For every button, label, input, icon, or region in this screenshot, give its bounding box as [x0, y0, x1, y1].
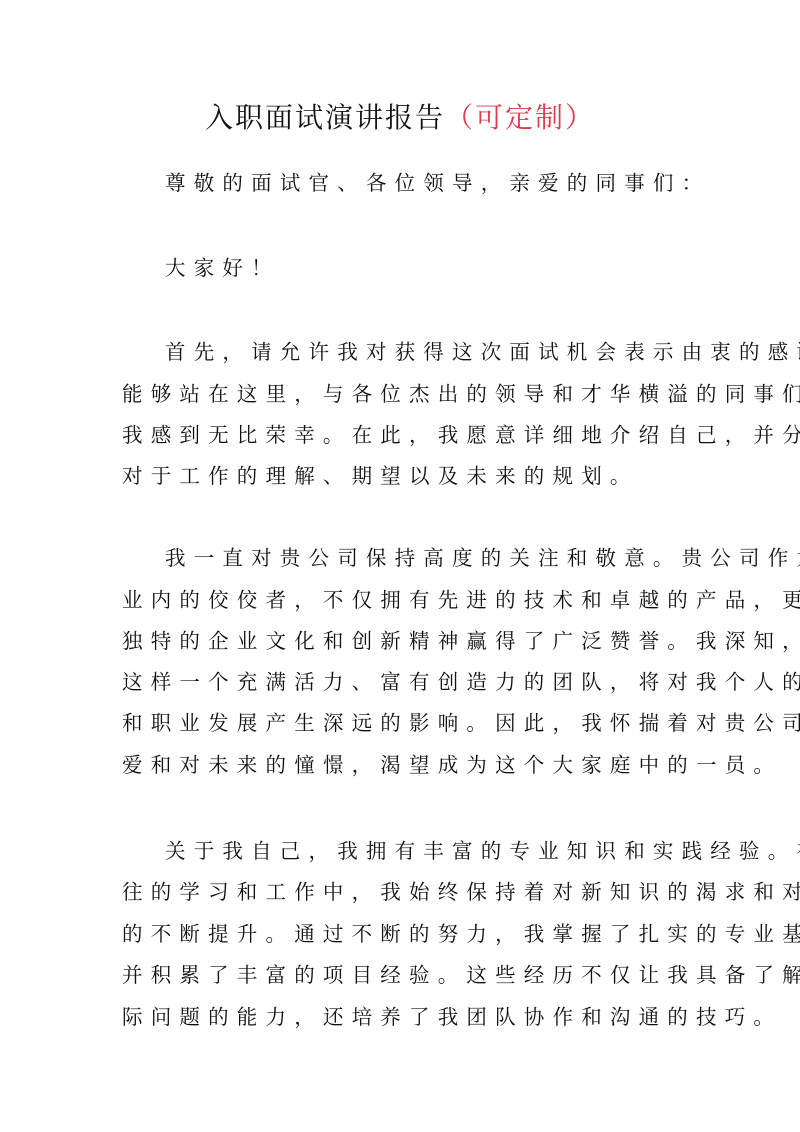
paragraph-line: 际问题的能力，还培养了我团队协作和沟通的技巧。 [122, 1002, 697, 1032]
title-suffix: （可定制） [445, 101, 595, 134]
paragraph-line: 的不断提升。通过不断的努力，我掌握了扎实的专业基础， [122, 919, 697, 949]
paragraph-line: 爱和对未来的憧憬，渴望成为这个大家庭中的一员。 [122, 750, 697, 780]
paragraph-line: 能够站在这里，与各位杰出的领导和才华横溢的同事们交流， [122, 379, 697, 409]
paragraph-line: 往的学习和工作中，我始终保持着对新知识的渴求和对技能 [122, 877, 697, 907]
paragraph-line: 我感到无比荣幸。在此，我愿意详细地介绍自己，并分享我 [122, 420, 697, 450]
paragraph-line: 这样一个充满活力、富有创造力的团队，将对我个人的成长 [122, 667, 697, 697]
paragraph-line: 我一直对贵公司保持高度的关注和敬意。贵公司作为行 [165, 543, 740, 573]
salutation: 尊敬的面试官、各位领导，亲爱的同事们： [165, 168, 740, 198]
greeting: 大家好！ [165, 253, 740, 283]
paragraph-line: 并积累了丰富的项目经验。这些经历不仅让我具备了解决实 [122, 960, 697, 990]
paragraph-line: 和职业发展产生深远的影响。因此，我怀揣着对贵公司的热 [122, 708, 697, 738]
paragraph-line: 独特的企业文化和创新精神赢得了广泛赞誉。我深知，加入 [122, 626, 697, 656]
paragraph-line: 关于我自己，我拥有丰富的专业知识和实践经验。在过 [165, 836, 740, 866]
paragraph-line: 对于工作的理解、期望以及未来的规划。 [122, 461, 697, 491]
paragraph-line: 业内的佼佼者，不仅拥有先进的技术和卓越的产品，更以其 [122, 585, 697, 615]
title-main: 入职面试演讲报告 [205, 101, 445, 134]
paragraph-line: 首先，请允许我对获得这次面试机会表示由衷的感谢。 [165, 337, 740, 367]
document-title: 入职面试演讲报告（可定制） [0, 98, 800, 138]
